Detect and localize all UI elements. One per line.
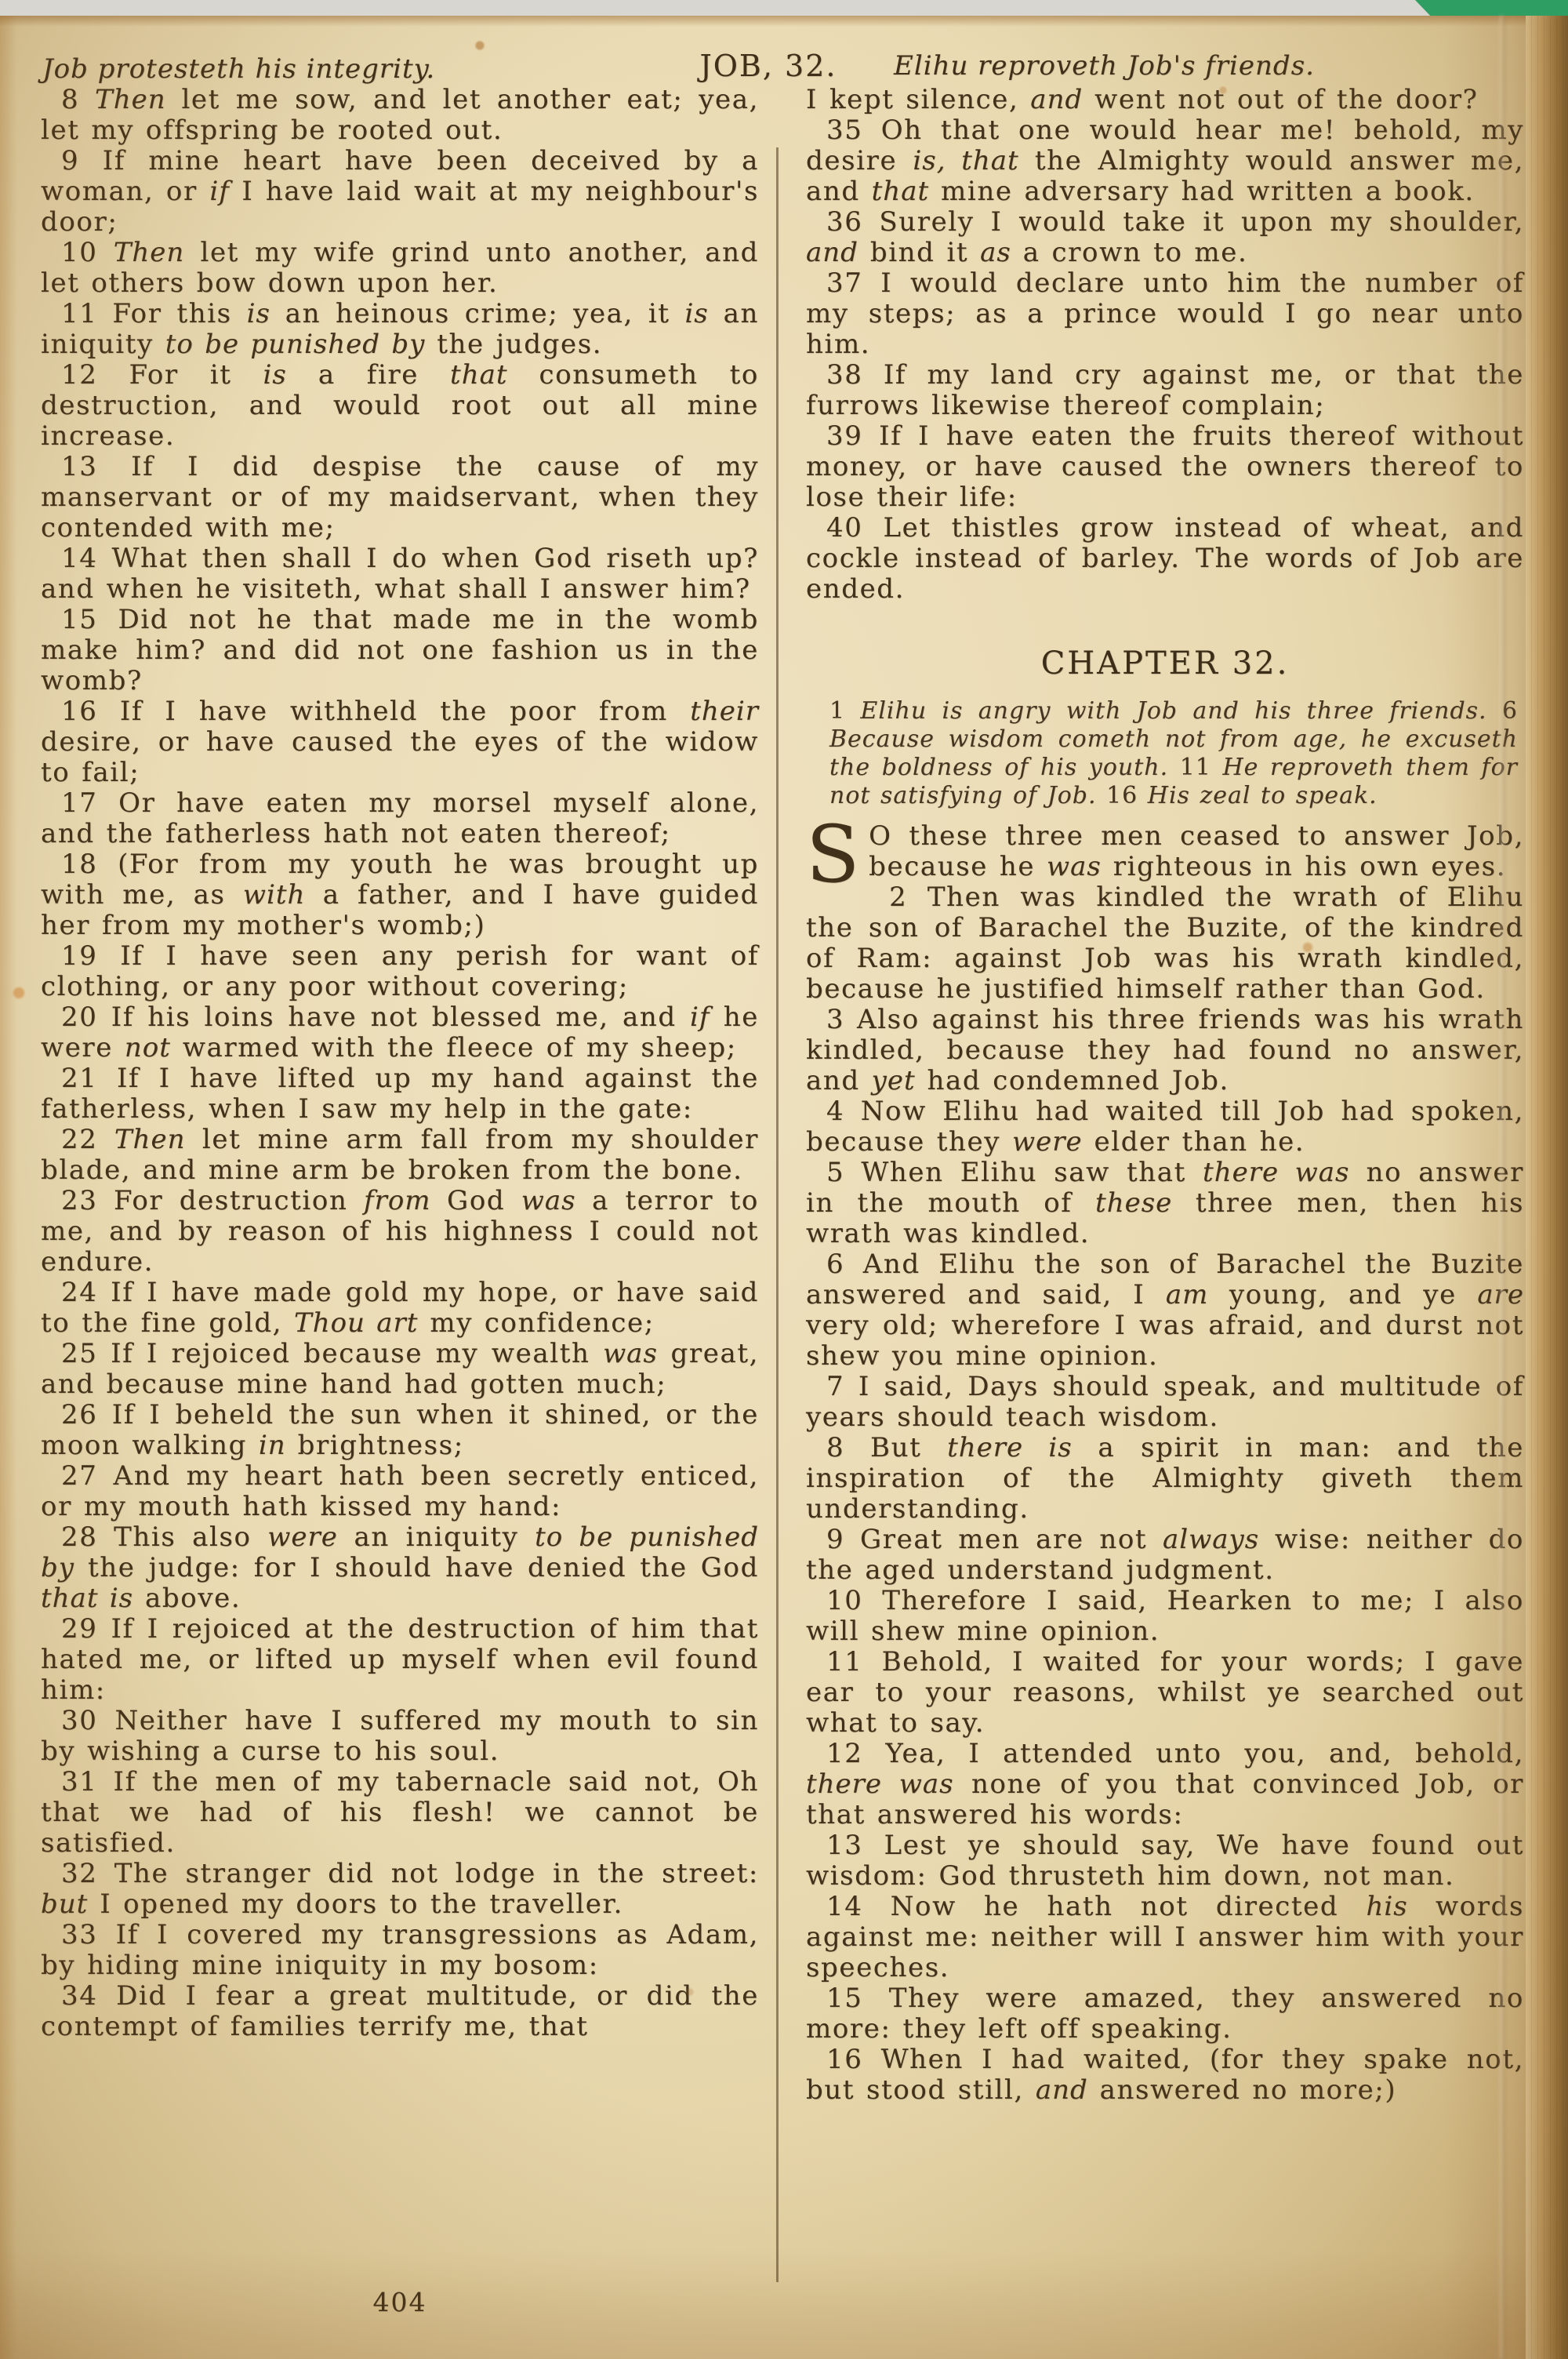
verse: 15 They were amazed, they answered no mo… xyxy=(806,1983,1524,2045)
column-right: I kept silence, and went not out of the … xyxy=(806,85,1524,2106)
chapter-summary: 1 Elihu is angry with Job and his three … xyxy=(806,697,1524,810)
verse: 9 If mine heart have been deceived by a … xyxy=(41,146,759,238)
page-fore-edge xyxy=(1526,16,1568,2359)
verse: 2 Then was kindled the wrath of Elihu th… xyxy=(806,882,1524,1005)
verse: 35 Oh that one would hear me! behold, my… xyxy=(806,115,1524,207)
verse-text: O these three men ceased to answer Job, … xyxy=(869,820,1524,882)
verse: 33 If I covered my transgressions as Ada… xyxy=(41,1920,759,1981)
job31-left-verses: 8 Then let me sow, and let another eat; … xyxy=(41,85,759,2042)
verse: 11 Behold, I waited for your words; I ga… xyxy=(806,1647,1524,1739)
verse: 18 (For from my youth he was brought up … xyxy=(41,849,759,941)
verse: 9 Great men are not always wise: neither… xyxy=(806,1525,1524,1586)
running-head-book-chapter: JOB, 32. xyxy=(700,49,837,83)
verse: 10 Therefore I said, Hearken to me; I al… xyxy=(806,1586,1524,1647)
job31-right-verses: 35 Oh that one would hear me! behold, my… xyxy=(806,115,1524,605)
verse: 28 This also were an iniquity to be puni… xyxy=(41,1522,759,1614)
verse: 8 Then let me sow, and let another eat; … xyxy=(41,85,759,146)
verse: 19 If I have seen any perish for want of… xyxy=(41,941,759,1002)
verse: 15 Did not he that made me in the womb m… xyxy=(41,605,759,696)
column-left: 8 Then let me sow, and let another eat; … xyxy=(41,85,759,2042)
verse: 13 If I did despise the cause of my mans… xyxy=(41,452,759,543)
verse: 30 Neither have I suffered my mouth to s… xyxy=(41,1706,759,1767)
column-divider-rule xyxy=(776,147,779,2282)
page-crease xyxy=(1500,16,1505,2359)
drop-cap: S xyxy=(806,821,869,884)
verse: 31 If the men of my tabernacle said not,… xyxy=(41,1767,759,1859)
chapter32-verse-1: SO these three men ceased to answer Job,… xyxy=(806,821,1524,882)
verse: 7 I said, Days should speak, and multitu… xyxy=(806,1372,1524,1433)
page-number: 404 xyxy=(41,2287,759,2317)
verse: 4 Now Elihu had waited till Job had spok… xyxy=(806,1096,1524,1158)
verse: 10 Then let my wife grind unto another, … xyxy=(41,238,759,299)
verse: 23 For destruction from God was a terror… xyxy=(41,1186,759,1278)
verse: 6 And Elihu the son of Barachel the Buzi… xyxy=(806,1249,1524,1372)
verse: 14 What then shall I do when God riseth … xyxy=(41,543,759,605)
verse: 8 But there is a spirit in man: and the … xyxy=(806,1433,1524,1525)
verse: 11 For this is an heinous crime; yea, it… xyxy=(41,299,759,360)
verse: 37 I would declare unto him the number o… xyxy=(806,268,1524,360)
chapter-heading: CHAPTER 32. xyxy=(806,645,1524,682)
verse: 16 When I had waited, (for they spake no… xyxy=(806,2045,1524,2106)
book-page: Job protesteth his integrity. JOB, 32. E… xyxy=(0,16,1568,2359)
verse: 27 And my heart hath been secretly entic… xyxy=(41,1461,759,1522)
verse: 20 If his loins have not blessed me, and… xyxy=(41,1002,759,1063)
verse: 12 Yea, I attended unto you, and, behold… xyxy=(806,1739,1524,1830)
running-head-left: Job protesteth his integrity. xyxy=(42,53,435,85)
verse-continuation: I kept silence, and went not out of the … xyxy=(806,85,1524,115)
verse: 17 Or have eaten my morsel myself alone,… xyxy=(41,788,759,849)
verse: 24 If I have made gold my hope, or have … xyxy=(41,1278,759,1339)
verse: 16 If I have withheld the poor from thei… xyxy=(41,696,759,788)
verse: 36 Surely I would take it upon my should… xyxy=(806,207,1524,268)
verse: 5 When Elihu saw that there was no answe… xyxy=(806,1158,1524,1249)
verse: 14 Now he hath not directed his words ag… xyxy=(806,1892,1524,1983)
verse: 26 If I beheld the sun when it shined, o… xyxy=(41,1400,759,1461)
chapter32-verses: 2 Then was kindled the wrath of Elihu th… xyxy=(806,882,1524,2106)
running-head-right: Elihu reproveth Job's friends. xyxy=(894,50,1315,82)
verse: 40 Let thistles grow instead of wheat, a… xyxy=(806,513,1524,605)
verse: 12 For it is a fire that consumeth to de… xyxy=(41,360,759,452)
verse: 32 The stranger did not lodge in the str… xyxy=(41,1859,759,1920)
verse: 25 If I rejoiced because my wealth was g… xyxy=(41,1339,759,1400)
verse: 34 Did I fear a great multitude, or did … xyxy=(41,1981,759,2042)
verse: 38 If my land cry against me, or that th… xyxy=(806,360,1524,421)
verse: 22 Then let mine arm fall from my should… xyxy=(41,1125,759,1186)
verse: 13 Lest ye should say, We have found out… xyxy=(806,1830,1524,1892)
verse: 39 If I have eaten the fruits thereof wi… xyxy=(806,421,1524,513)
verse: 3 Also against his three friends was his… xyxy=(806,1005,1524,1096)
verse: 29 If I rejoiced at the destruction of h… xyxy=(41,1614,759,1706)
verse: 21 If I have lifted up my hand against t… xyxy=(41,1063,759,1125)
